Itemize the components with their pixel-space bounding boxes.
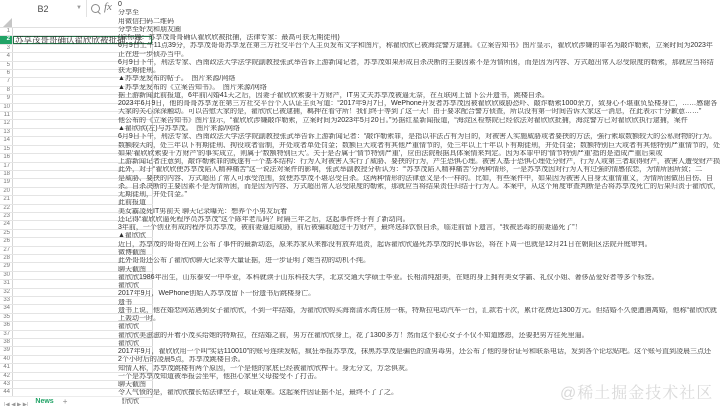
row-header[interactable]: 27 (0, 247, 13, 254)
row-header[interactable]: 3 (0, 45, 13, 52)
row-header[interactable]: 18 (0, 171, 13, 178)
row-header[interactable]: 14 (0, 137, 13, 144)
formula-text-line: 数额较大的，处三年以下有期徒刑、拘役或者管制，并处或者单处罚金；数额巨大或者有其… (118, 142, 720, 150)
watermark: @稀土掘金技术社区 (560, 380, 713, 403)
row-header[interactable]: 28 (0, 255, 13, 262)
name-box-value: B2 (37, 4, 48, 14)
row-header[interactable]: 21 (0, 196, 13, 203)
formula-text-line: 3年前，一个创业有成的程序员苏享茂，被前妻逼迫威胁，前后被骗取超过千万财产，最终… (118, 224, 720, 232)
sheet-nav-icons: |◀ ◀ ▶ ▶| (4, 393, 28, 406)
formula-text-line: 知情人称，苏享茂跳楼有两个原因，一个是他的家底已经被翟欣欣榨干。身无分文，万念俱… (118, 365, 720, 373)
row-header[interactable]: 32 (0, 289, 13, 296)
row-header[interactable]: 10 (0, 104, 13, 111)
row-header[interactable]: 39 (0, 347, 13, 354)
fx-insert-function-icon[interactable]: fx (104, 1, 112, 13)
row-header[interactable]: 26 (0, 238, 13, 245)
row-header[interactable]: 19 (0, 179, 13, 186)
formula-text-line: 用微信扫码二维码 (118, 18, 720, 26)
formula-text-line: 聊天截图 (118, 266, 720, 274)
formula-text-line: (原标题：苏享茂哥哥确认翟欣欣被批捕，法律专家：最高可获无期徒刑) (118, 34, 720, 42)
formula-text-line: 微博截图 (118, 249, 720, 257)
formula-text-line: 此外，对于“翟欣欣使苏享茂陷入精神痛苦”这一说法对案件的影响，张武举副教授分析认… (118, 166, 720, 174)
row-header[interactable]: 17 (0, 163, 13, 170)
formula-text-line: ▲翟欣欣 (118, 232, 720, 240)
row-header[interactable]: 20 (0, 188, 13, 195)
row-header[interactable]: 2 (0, 36, 13, 43)
row-header[interactable]: 15 (0, 146, 13, 153)
formula-text-line: 如果‘翟欣欣索要千万财产’的事实成立，则属于‘数额特别巨大’。关于是否属于‘情节… (118, 150, 720, 158)
row-header[interactable]: 24 (0, 221, 13, 228)
formula-text-line: ▲苏享龙发布的《立案告知书》。 图片来源/网络 (118, 84, 720, 92)
row-header[interactable]: 33 (0, 297, 13, 304)
chevron-down-icon[interactable]: ▼ (76, 5, 82, 11)
formula-text-line: 上轰动一时。 (118, 315, 720, 323)
formula-text-line: 他公布的《立案告知书》图片显示，“翟欣欣涉嫌敲诈勒索，立案时间为2023年5月2… (118, 117, 720, 125)
row-header[interactable]: 11 (0, 112, 13, 119)
row-header[interactable]: 12 (0, 120, 13, 127)
name-box[interactable]: B2 ▼ (0, 0, 87, 17)
formula-bar-content[interactable]: 0分享至用微信扫码二维码分享至好友和朋友圈(原标题：苏享茂哥哥确认翟欣欣被批捕，… (118, 1, 720, 406)
row-header[interactable]: 7 (0, 78, 13, 85)
formula-text-line: 遗书上说，他在婚恋网站遇到女子翟欣欣，不到一年结婚，为翟欣欣购买海南清水湾住房一… (118, 307, 720, 315)
row-header[interactable]: 35 (0, 314, 13, 321)
formula-text-line: 6月9日上午11点39分，苏享茂哥哥苏享龙在第三方社交平台个人主页发布文字和图片… (118, 42, 720, 50)
row-header[interactable]: 34 (0, 305, 13, 312)
formula-text-line: 分享至好友和朋友圈 (118, 26, 720, 34)
row-header[interactable]: 41 (0, 364, 13, 371)
spreadsheet-window: B2 ▼ fx 12苏享茂哥哥确认翟欣欣被批捕，法345678910111213… (0, 0, 720, 406)
formula-text-line: 上游新闻记者注意到，敲诈勒索罪的既遂有一个基本结构：行为人对被害人实行了威胁、要… (118, 158, 720, 166)
formula-text-line: 翟欣欣 (118, 323, 720, 331)
sheet-nav-arrow-icon[interactable]: ▶| (23, 402, 29, 406)
row-header[interactable]: 36 (0, 322, 13, 329)
row-header[interactable]: 42 (0, 373, 13, 380)
row-header[interactable]: 29 (0, 263, 13, 270)
row-header[interactable]: 43 (0, 381, 13, 388)
formula-text-line: 近日，苏享茂的哥哥在网上公布了事件的最新动态，原来苏家从来都没有放弃追责，起诉翟… (118, 241, 720, 249)
sheet-tab-bar: |◀ ◀ ▶ ▶| News + (0, 396, 122, 406)
row-header[interactable]: 6 (0, 70, 13, 77)
formula-text-line: 大家的关心深深触动。可以告慰大家的是，翟欣欣已被逮捕，羁押在看守所！我们终于等到… (118, 108, 720, 116)
row-header[interactable]: 4 (0, 53, 13, 60)
formula-text-line: ▲苏享龙发布的帖子。 图片来源/网络 (118, 75, 720, 83)
row-header[interactable]: 25 (0, 230, 13, 237)
row-header[interactable]: 30 (0, 272, 13, 279)
row-header[interactable]: 23 (0, 213, 13, 220)
formula-text-line: 获无期徒刑。 (118, 67, 720, 75)
row-header[interactable]: 40 (0, 356, 13, 363)
formula-text-line: 2023年6月9日，他的哥哥苏享龙在第三方社交平台个人认证主页写道：“2017年… (118, 100, 720, 108)
formula-text-line: 2017年9月，WePhone创始人苏享茂留下一份遗书后跳楼身亡。 (118, 290, 720, 298)
formula-text-line: 据上游新闻此前报道，6年前闪婚41天之后，因妻子翟欣欣索要千万财产，IT男丈夫苏… (118, 92, 720, 100)
sheet-tab-news[interactable]: News (32, 398, 56, 406)
formula-text-line: 是威胁、要挟的内容、方式超出了常人可承受范围，致使苏享茂不堪忍受自杀。这两种情形… (118, 175, 720, 183)
formula-text-line: 2017年9月，翟欣欣用一个叫“实话110010”的账号连续发帖，疯狂举报苏享茂… (118, 348, 720, 356)
row-header[interactable]: 37 (0, 331, 13, 338)
formula-text-line: 还记得“翟欣欣逼死程序员苏享茂”这个陈年老瓜吗？时隔三年之后，这起事件终于有了新… (118, 216, 720, 224)
row-header[interactable]: 5 (0, 62, 13, 69)
formula-text-line: 翟欣欣 (118, 340, 720, 348)
row-header[interactable]: 13 (0, 129, 13, 136)
row-header[interactable]: 38 (0, 339, 13, 346)
formula-text-line: 翟欣欣 (118, 282, 720, 290)
row-header[interactable]: 16 (0, 154, 13, 161)
formula-text-line: 2个小时后的凌晨5点，苏享茂跳楼自杀。 (118, 356, 720, 364)
select-all-corner-icon[interactable] (3, 18, 12, 27)
add-sheet-button[interactable]: + (61, 398, 68, 406)
formula-text-line: 翟欣欣美滋滋的开着小茂买给她的特斯拉，在结婚之前，男方在翟欣欣身上，花了1300… (118, 332, 720, 340)
formula-text-line: 遗书 (118, 299, 720, 307)
row-header[interactable]: 8 (0, 87, 13, 94)
formula-text-line: 此外哥哥还公布了翟欣欣聊天记录等大量证据，进一步证明了她当初的动机不纯。 (118, 257, 720, 265)
row-header[interactable]: 9 (0, 95, 13, 102)
formula-text-line: 杀。自杀决断的主要因素不是为情所困，而是因为内容、方式超出常人忍受限度的勒索，那… (118, 183, 720, 191)
formula-text-line: 分享至 (118, 9, 720, 17)
formula-text-line: 正在进一步侦办当中。 (118, 51, 720, 59)
formula-text-line: 0 (118, 1, 720, 9)
row-header[interactable]: 1 (0, 28, 13, 35)
magnifier-icon[interactable] (91, 4, 100, 13)
formula-text-line: ▲翟欣欣(左)与苏享茂。 图片来源/网络 (118, 125, 720, 133)
formula-text-line: 翟欣欣1986年出生，山东泰安一中毕业，本科就读于山东科技大学，北京交通大学硕士… (118, 274, 720, 282)
formula-text-line: 美女霸凌死IT男前夫 聊天记录曝光：想养个小男友玩着 (118, 208, 720, 216)
formula-text-line: 6月9日下午，刑法专家、西南政法大学法学院副教授张武举告诉上游新闻记者，苏享茂如… (118, 59, 720, 67)
formula-text-line: 无期徒刑，并处罚金。” (118, 191, 720, 199)
row-header[interactable]: 31 (0, 280, 13, 287)
row-header[interactable]: 22 (0, 205, 13, 212)
formula-text-line: 6月9日下午，刑法专家、西南政法大学法学院副教授张武举告诉上游新闻记者：“敲诈勒… (118, 133, 720, 141)
formula-text-line: 此前报道 (118, 199, 720, 207)
